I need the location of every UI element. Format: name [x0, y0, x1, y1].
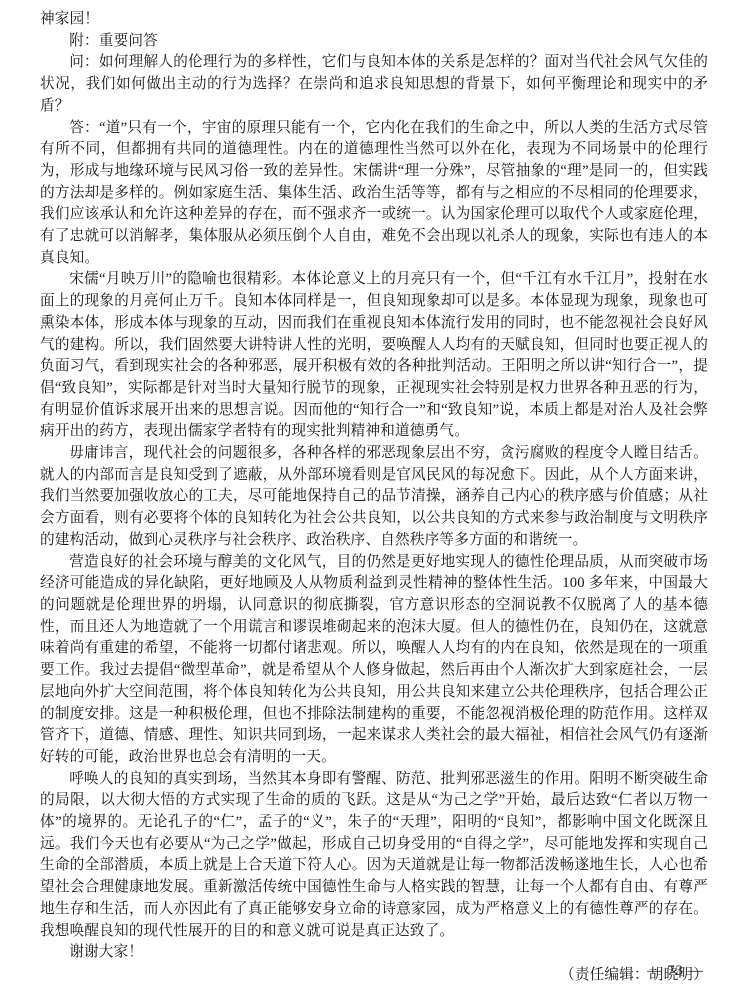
qa-heading: 附：重要问答	[40, 31, 708, 53]
question-paragraph: 问：如何理解人的伦理行为的多样性，它们与良知本体的关系是怎样的？面对当代社会风气…	[40, 52, 708, 117]
thanks-line: 谢谢大家！	[40, 942, 708, 964]
answer-paragraph-3: 毋庸讳言，现代社会的问题很多，各种各样的邪恶现象层出不穷，贪污腐败的程度令人瞠目…	[40, 443, 708, 552]
document-page: 神家园！ 附：重要问答 问：如何理解人的伦理行为的多样性，它们与良知本体的关系是…	[0, 0, 750, 1000]
editor-credit: （责任编辑：胡晓明）	[40, 965, 708, 987]
answer-paragraph-1: 答：“道”只有一个，宇宙的原理只能有一个，它内化在我们的生命之中，所以人类的生活…	[40, 118, 708, 270]
answer-paragraph-5: 呼唤人的良知的真实到场，当然其本身即有警醒、防范、批判邪恶滋生的作用。阳明不断突…	[40, 769, 708, 943]
continuation-line: 神家园！	[40, 9, 708, 31]
answer-paragraph-4: 营造良好的社会环境与醇美的文化风气，目的仍然是更好地实现人的德性伦理品质，从而突…	[40, 552, 708, 769]
answer-paragraph-2: 宋儒“月映万川”的隐喻也很精彩。本体论意义上的月亮只有一个，但“千江有水千江月”…	[40, 269, 708, 443]
page-number: — 73 —	[647, 963, 704, 980]
